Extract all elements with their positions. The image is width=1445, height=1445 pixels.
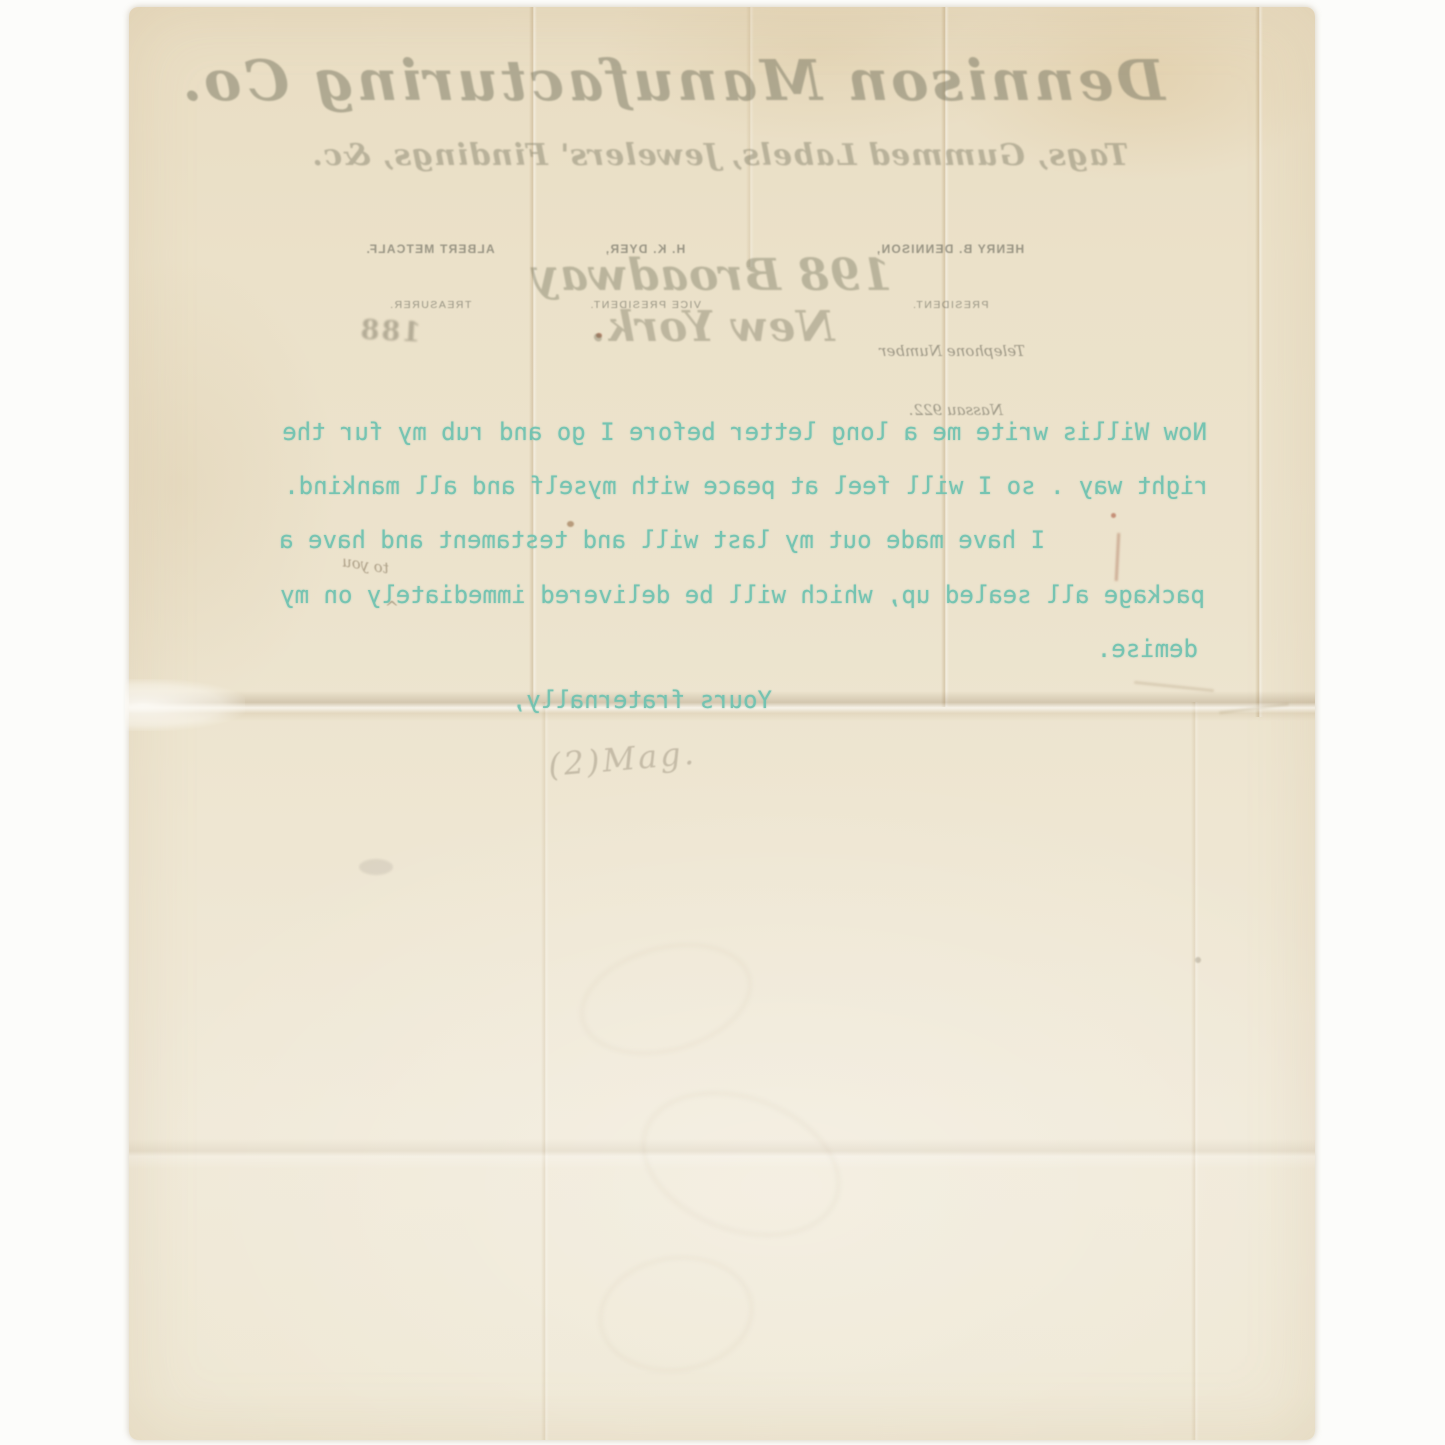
letter-sheet xyxy=(129,7,1315,1440)
paper-crease xyxy=(529,7,537,707)
ghost-mark xyxy=(569,926,764,1071)
stain-streak xyxy=(1115,533,1121,581)
paper-crease xyxy=(941,7,949,707)
paper-fold xyxy=(129,691,1315,721)
paper-crease xyxy=(1134,681,1214,692)
stain-smudge xyxy=(359,859,393,875)
paper-crease xyxy=(1191,702,1199,1440)
paper-crease xyxy=(746,7,754,267)
scanned-document: Dennison Manufacturing Co. Tags, Gummed … xyxy=(0,0,1445,1445)
stain-spot xyxy=(596,333,602,338)
stain-spot xyxy=(1195,957,1201,963)
ghost-mark xyxy=(622,1066,860,1262)
paper-crease xyxy=(1255,7,1263,717)
paper-crease xyxy=(541,702,549,1440)
ghost-mark xyxy=(592,1247,760,1381)
stain-spot xyxy=(567,521,574,527)
paper-notch xyxy=(125,679,245,731)
stain-spot xyxy=(1111,513,1116,518)
paper-crease xyxy=(1219,703,1289,715)
